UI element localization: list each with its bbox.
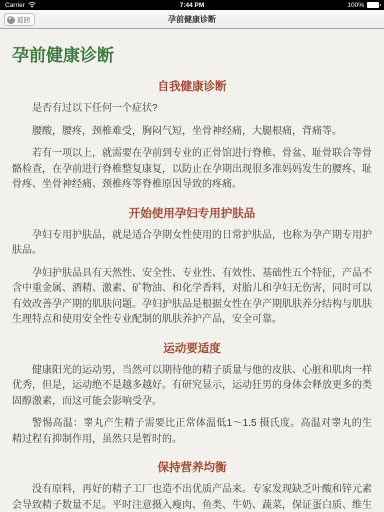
carrier-label: Carrier [5,2,25,9]
back-button[interactable]: ↶ 返回 [4,13,35,26]
wifi-icon [28,2,36,8]
paragraph: 若有一项以上，就需要在孕前到专业的正骨馆进行脊椎、骨盆、耻骨联合等骨骼检查，在孕… [12,146,372,193]
back-button-label: 返回 [17,15,30,24]
battery-percent-label: 100% [347,2,364,9]
status-left: Carrier [5,2,36,9]
section-heading-skincare: 开始使用孕妇专用护肤品 [12,205,372,221]
paragraph: 没有原料，再好的精子工厂也造不出优质产品来。专家发现缺乏叶酸和锌元素会导致精子数… [12,482,372,512]
status-time: 7:44 PM [0,2,384,9]
paragraph: 腰酸，腰疼，颈椎难受，胸闷气短，坐骨神经痛，大腿根痛，背痛等。 [12,124,372,140]
paragraph: 警惕高温：睾丸产生精子需要比正常体温低1～1.5 摄氏度。高温对睾丸的生精过程有… [12,416,372,447]
battery-icon [367,2,379,8]
navigation-bar: ↶ 返回 孕前健康诊断 [0,10,384,29]
article-content: 孕前健康诊断 自我健康诊断 是否有过以下任何一个症状? 腰酸，腰疼，颈椎难受，胸… [0,29,384,512]
section-heading-exercise: 运动要适度 [12,340,372,356]
status-bar: Carrier 7:44 PM 100% [0,0,384,10]
back-arrow-icon: ↶ [7,16,15,24]
paragraph: 孕妇专用护肤品，就是适合孕期女性使用的日常护肤品，也称为孕产期专用护肤品。 [12,228,372,259]
paragraph: 孕妇护肤品具有天然性、安全性、专业性、有效性、基础性五个特征，产品不含中重金属、… [12,266,372,328]
nav-title: 孕前健康诊断 [168,14,216,25]
section-heading-self-diagnosis: 自我健康诊断 [12,78,372,94]
paragraph: 健康阳光的运动男，当然可以期待他的精子质量与他的皮肤、心脏和肌肉一样优秀，但是，… [12,363,372,410]
page-title: 孕前健康诊断 [12,41,372,66]
paragraph: 是否有过以下任何一个症状? [12,101,372,117]
status-right: 100% [347,2,379,9]
section-heading-nutrition: 保持营养均衡 [12,459,372,475]
